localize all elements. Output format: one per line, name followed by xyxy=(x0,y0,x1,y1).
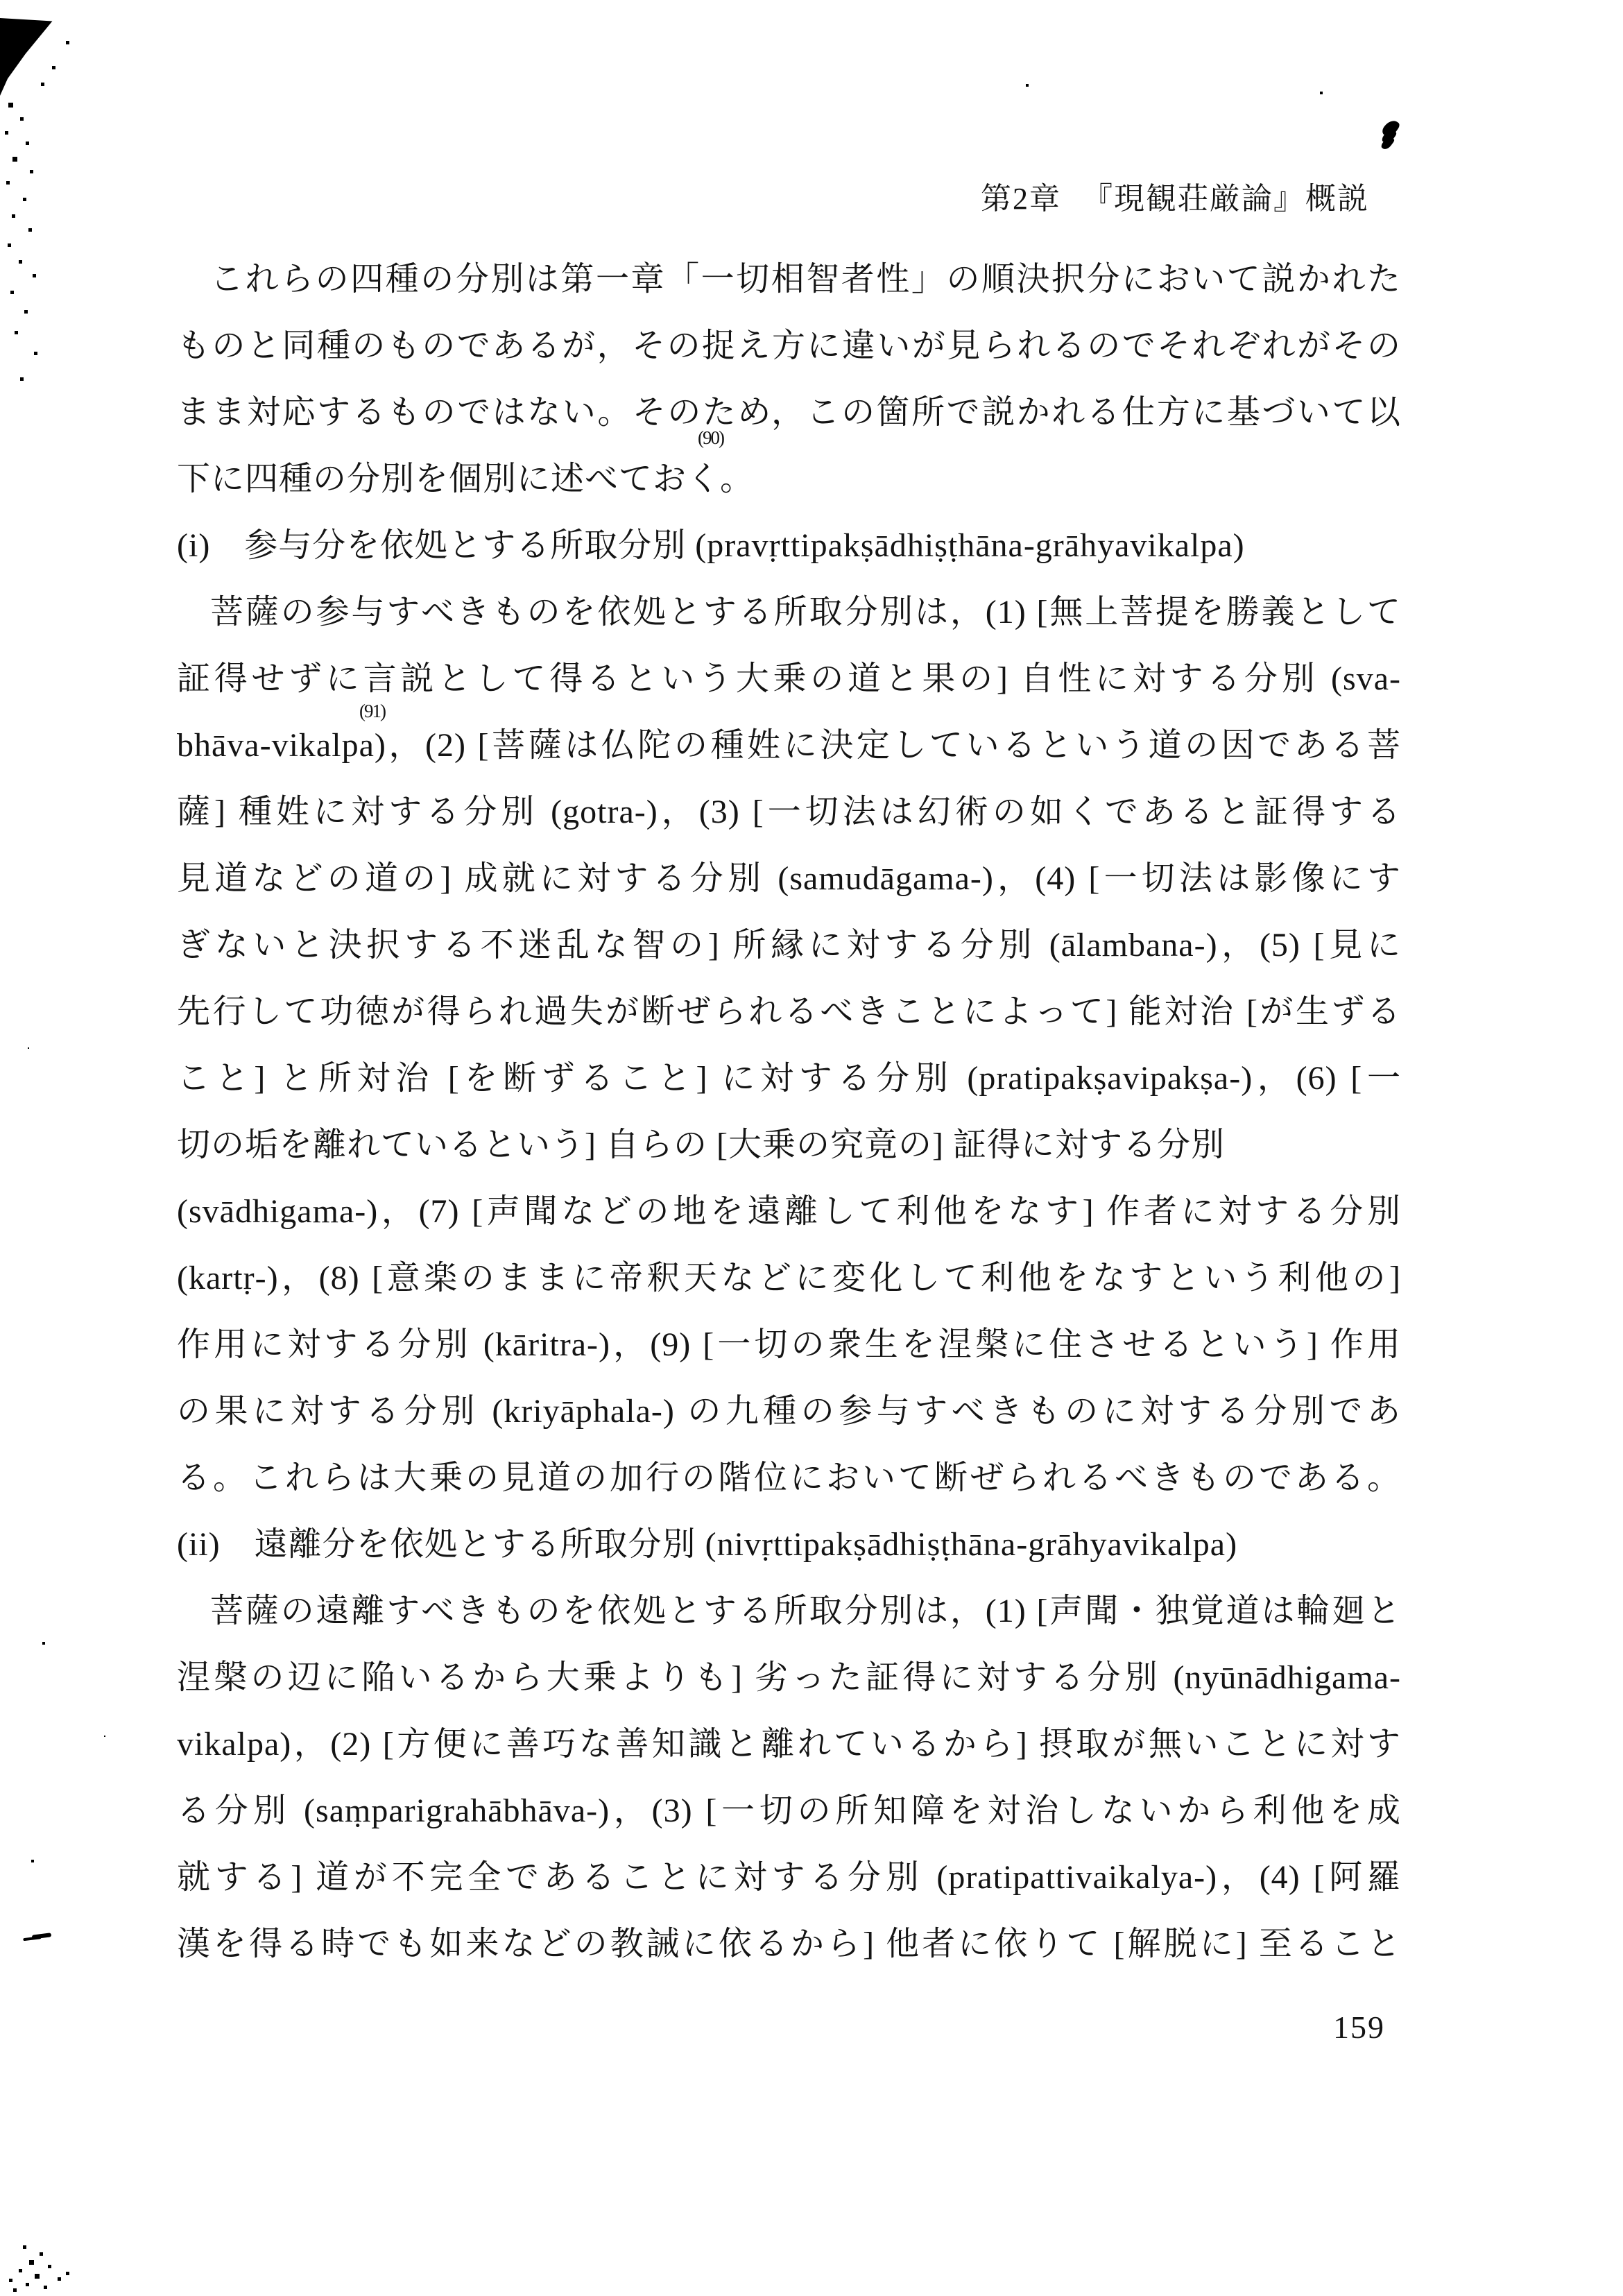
ink-blot xyxy=(1380,117,1401,139)
body-text: これらの四種の分別は第一章「一切相智者性」の順決択分において説かれた ものと同種… xyxy=(177,246,1401,1978)
text-line: bhāva-vikalpa)，(2) [菩薩は仏陀の種姓に決定しているという道の… xyxy=(177,712,1401,779)
page-number: 159 xyxy=(1333,2009,1385,2046)
text-line: 薩] 種姓に対する分別 (gotra-)，(3) [一切法は幻術の如くであると証… xyxy=(177,779,1401,846)
text-line: る分別 (saṃparigrahābhāva-)，(3) [一切の所知障を対治し… xyxy=(177,1778,1401,1844)
text-line: ものと同種のものであるが，その捉え方に違いが見られるのでそれぞれがその xyxy=(177,313,1401,379)
text-line: まま対応するものではない。そのため，この箇所で説かれる仕方に基づいて以 xyxy=(177,379,1401,446)
text-line: 菩薩の参与すべきものを依処とする所取分別は，(1) [無上菩提を勝義として xyxy=(177,579,1401,646)
scan-corner-smudge xyxy=(0,18,64,96)
text-line: これらの四種の分別は第一章「一切相智者性」の順決択分において説かれた xyxy=(177,246,1401,313)
text-line: 就する] 道が不完全であることに対する分別 (pratipattivaikaly… xyxy=(177,1844,1401,1911)
text-line: 下に四種の分別を個別に述べておく。 xyxy=(177,446,1401,513)
text-line: 涅槃の辺に陥いるから大乗よりも] 劣った証得に対する分別 (nyūnādhiga… xyxy=(177,1645,1401,1711)
chapter-label: 第2章 xyxy=(981,182,1061,216)
text-line: の果に対する分別 (kriyāphala-) の九種の参与すべきものに対する分別… xyxy=(177,1378,1401,1445)
scanned-page: 第2章『現観荘厳論』概説 (90) (91) これらの四種の分別は第一章「一切相… xyxy=(0,0,1623,2296)
chapter-title: 『現観荘厳論』概説 xyxy=(1082,182,1369,216)
text-line: (svādhigama-)，(7) [声聞などの地を遠離して利他をなす] 作者に… xyxy=(177,1179,1401,1245)
text-line: る。これらは大乗の見道の加行の階位において断ぜられるべきものである。 xyxy=(177,1445,1401,1511)
text-line: 切の垢を離れているという] 自らの [大乗の究竟の] 証得に対する分別 xyxy=(177,1112,1401,1179)
section-heading-ii: (ii) 遠離分を依処とする所取分別 (nivṛttipakṣādhiṣṭhān… xyxy=(177,1511,1401,1578)
text-line: 漢を得る時でも如来などの教誡に依るから] 他者に依りて [解脱に] 至ること xyxy=(177,1911,1401,1978)
running-head: 第2章『現観荘厳論』概説 xyxy=(981,173,1369,218)
text-line: こと] と所対治 [を断ずること] に対する分別 (pratipakṣavipa… xyxy=(177,1045,1401,1112)
text-line: 先行して功徳が得られ過失が断ぜられるべきことによって] 能対治 [が生ずる xyxy=(177,979,1401,1045)
text-line: ぎないと決択する不迷乱な智の] 所縁に対する分別 (ālambana-)，(5)… xyxy=(177,912,1401,979)
scan-stray-dots xyxy=(0,0,1,1)
text-line: 証得せずに言説として得るという大乗の道と果の] 自性に対する分別 (sva- xyxy=(177,646,1401,712)
text-line: 見道などの道の] 成就に対する分別 (samudāgama-)，(4) [一切法… xyxy=(177,846,1401,912)
scan-edge-mark xyxy=(32,1933,52,1939)
text-line: 菩薩の遠離すべきものを依処とする所取分別は，(1) [声聞・独覚道は輪廻と xyxy=(177,1578,1401,1645)
text-line: (kartṛ-)，(8) [意楽のままに帝釈天などに変化して利他をなすという利他… xyxy=(177,1245,1401,1312)
section-heading-i: (i) 参与分を依処とする所取分別 (pravṛttipakṣādhiṣṭhān… xyxy=(177,513,1401,579)
text-line: vikalpa)，(2) [方便に善巧な善知識と離れているから] 摂取が無いこと… xyxy=(177,1711,1401,1778)
text-line: 作用に対する分別 (kāritra-)，(9) [一切の衆生を涅槃に住させるとい… xyxy=(177,1312,1401,1378)
